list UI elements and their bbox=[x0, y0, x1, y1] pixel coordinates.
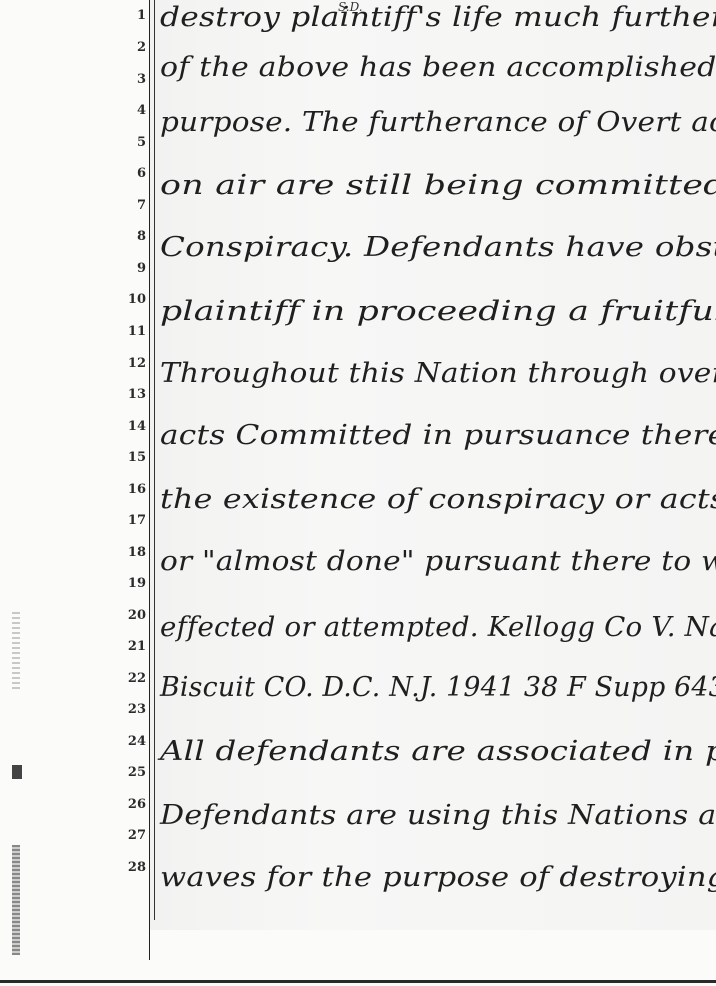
line-number: 18 bbox=[128, 545, 146, 560]
line-number: 27 bbox=[128, 828, 146, 843]
line-number: 25 bbox=[128, 765, 146, 780]
line-number: 7 bbox=[137, 198, 146, 213]
margin-rule bbox=[149, 0, 150, 960]
line-number: 15 bbox=[128, 450, 146, 465]
line-number: 9 bbox=[137, 261, 146, 276]
handwritten-line: purpose. The furtherance of Overt ac bbox=[160, 107, 716, 138]
line-number: 5 bbox=[137, 135, 146, 150]
line-number: 10 bbox=[128, 292, 146, 307]
line-number: 12 bbox=[128, 356, 146, 371]
line-number: 24 bbox=[128, 734, 146, 749]
handwritten-line: or "almost done" pursuant there to w bbox=[160, 546, 716, 577]
line-number: 28 bbox=[128, 860, 146, 875]
document-page: 1 2 3 4 5 6 7 8 9 10 11 12 13 14 15 16 1… bbox=[0, 0, 716, 986]
scan-shading bbox=[150, 0, 716, 930]
handwritten-line: Conspiracy. Defendants have obst bbox=[160, 232, 716, 263]
handwritten-line: waves for the purpose of destroying bbox=[160, 862, 716, 893]
left-edge-scan-mark bbox=[12, 845, 20, 955]
handwritten-line: effected or attempted. Kellogg Co V. Na bbox=[160, 612, 716, 643]
line-number: 1 bbox=[137, 8, 146, 23]
handwritten-line: Biscuit CO. D.C. N.J. 1941 38 F Supp 643 bbox=[160, 672, 716, 703]
line-number: 21 bbox=[128, 639, 146, 654]
margin-rule bbox=[154, 0, 155, 920]
line-number: 2 bbox=[137, 40, 146, 55]
line-number: 4 bbox=[137, 103, 146, 118]
handwritten-line: on air are still being committed bbox=[160, 170, 716, 201]
page-bottom-edge bbox=[0, 980, 716, 983]
line-number: 23 bbox=[128, 702, 146, 717]
line-number: 8 bbox=[137, 229, 146, 244]
line-number: 17 bbox=[128, 513, 146, 528]
line-number: 13 bbox=[128, 387, 146, 402]
handwritten-line: the existence of conspiracy or acts bbox=[160, 484, 716, 515]
handwritten-line: plaintiff in proceeding a fruitful bbox=[160, 296, 716, 327]
handwritten-line: acts Committed in pursuance there bbox=[160, 420, 716, 451]
line-number: 14 bbox=[128, 419, 146, 434]
left-edge-scan-mark bbox=[12, 612, 20, 692]
handwritten-line: Defendants are using this Nations ai bbox=[160, 800, 716, 831]
line-number: 19 bbox=[128, 576, 146, 591]
line-number: 16 bbox=[128, 482, 146, 497]
line-number: 26 bbox=[128, 797, 146, 812]
line-number: 20 bbox=[128, 608, 146, 623]
line-number: 22 bbox=[128, 671, 146, 686]
line-number: 6 bbox=[137, 166, 146, 181]
line-number: 11 bbox=[128, 324, 146, 339]
handwritten-line: Throughout this Nation through over bbox=[160, 358, 716, 389]
left-edge-scan-mark bbox=[12, 765, 22, 779]
line-number: 3 bbox=[137, 72, 146, 87]
handwritten-line: All defendants are associated in p bbox=[160, 736, 716, 767]
handwritten-line: of the above has been accomplished, bbox=[160, 52, 716, 83]
handwritten-line: destroy plaintiff's life much further bbox=[160, 2, 716, 33]
